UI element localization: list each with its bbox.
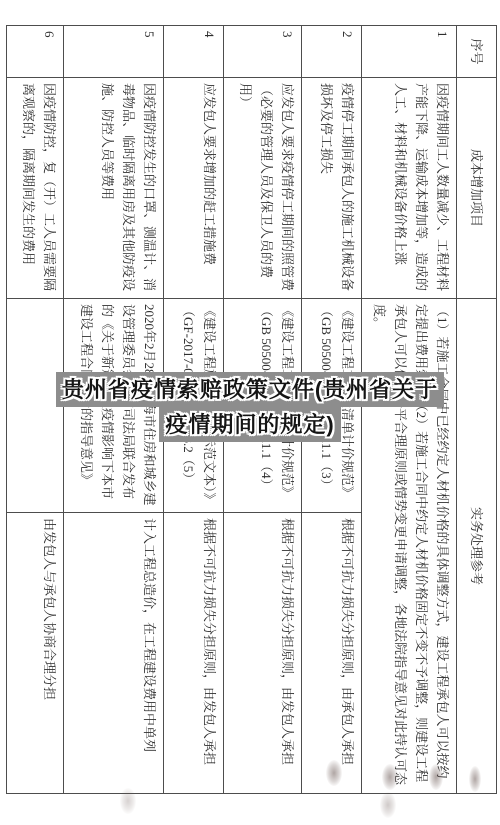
document-page: 序号 成本增加项目 实务处理参考 1 因疫情期间工人数量减少、工程材料产能下降、… — [0, 0, 500, 825]
watermark-title-line2: 疫情期间的规定) — [159, 407, 340, 442]
header-cost-increase-item: 成本增加项目 — [457, 78, 497, 299]
cell-item: 因疫情防控，复（开）工人员需要隔离观察的，隔离期间发生的费用 — [7, 78, 64, 299]
cell-serial: 3 — [224, 26, 302, 78]
cell-item: 因疫情期间工人数量减少、工程材料产能下降、运输成本增加等，造成的人工、材料和机械… — [362, 78, 457, 299]
cell-item: 应发包人要求疫情停工期间的照管费（必要的管理人员及保卫人员的费用） — [224, 78, 302, 299]
watermark-residue-smudge — [120, 788, 136, 814]
watermark-residue-smudge — [380, 792, 396, 818]
cell-serial: 6 — [7, 26, 64, 78]
watermark-residue-smudge — [429, 764, 443, 790]
cell-item: 疫情停工期间承包人的施工机械设备损坏及停工损失 — [302, 78, 362, 299]
cell-item: 应发包人要求增加的赶工措施费 — [164, 78, 224, 299]
watermark-residue-smudge — [469, 766, 481, 792]
cell-reference-conclusion: 根据不可抗力损失分担原则，由承包人承担 — [302, 513, 362, 794]
cell-serial: 4 — [164, 26, 224, 78]
cell-reference-conclusion: 根据不可抗力损失分担原则，由发包人承担 — [164, 513, 224, 794]
header-serial-number: 序号 — [457, 26, 497, 78]
watermark-residue-smudge — [326, 760, 342, 786]
cell-item: 因疫情防控发生的口罩、测温计、消毒物品、临时隔离用房及其他防疫设施、防控人员等费… — [64, 78, 164, 299]
cell-reference-conclusion: 由发包人与承包人协商合理分担 — [7, 513, 64, 794]
cell-reference-conclusion: 根据不可抗力损失分担原则，由发包人承担 — [224, 513, 302, 794]
watermark-residue-smudge — [382, 764, 398, 790]
cell-serial: 5 — [64, 26, 164, 78]
cell-serial: 2 — [302, 26, 362, 78]
watermark-title: 贵州省疫情索赔政策文件(贵州省关于 疫情期间的规定) — [0, 372, 500, 442]
cell-reference-conclusion: 计入工程总造价，在工程建设费用中单列 — [64, 513, 164, 794]
cell-serial: 1 — [362, 26, 457, 78]
watermark-title-line1: 贵州省疫情索赔政策文件(贵州省关于 — [56, 372, 444, 407]
